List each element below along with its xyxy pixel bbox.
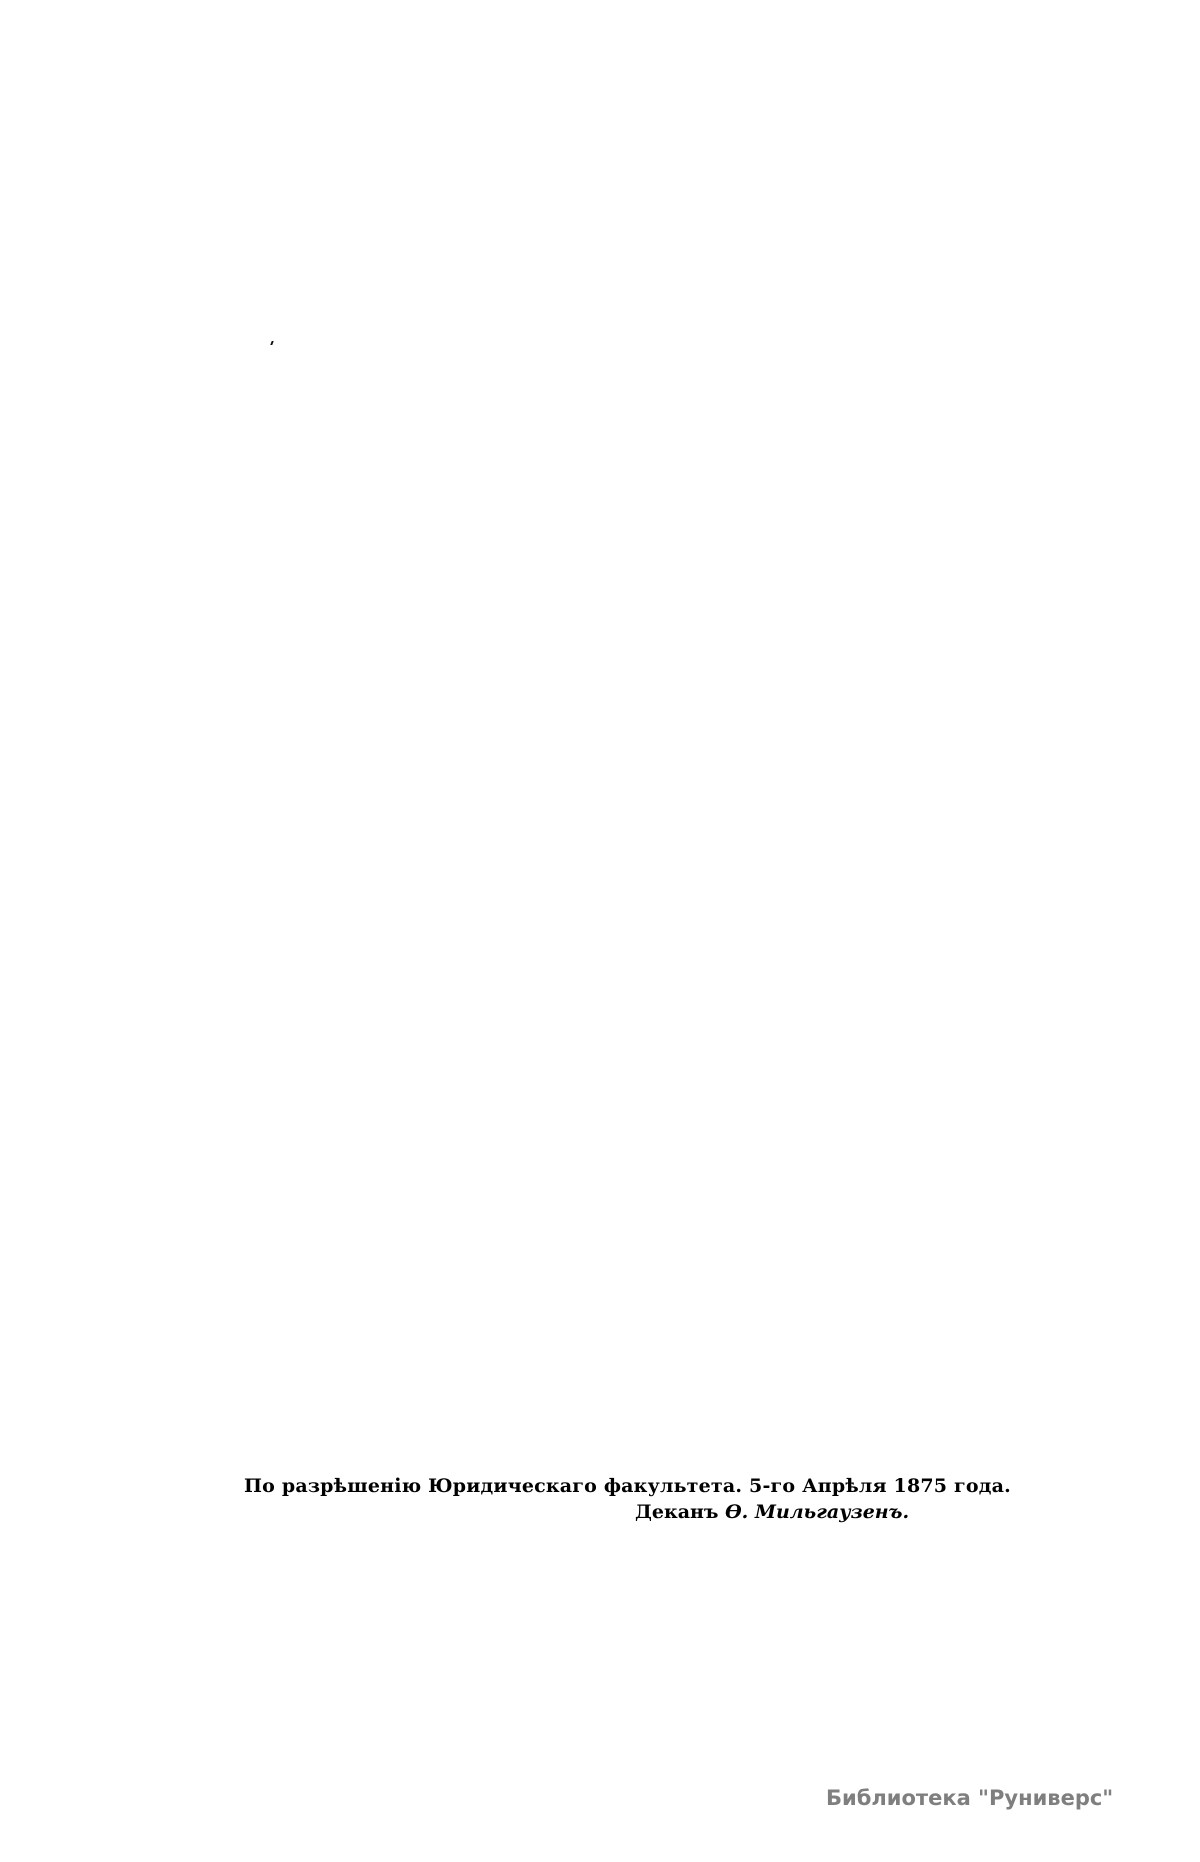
library-watermark: Библиотека "Руниверс": [826, 1786, 1113, 1810]
imprimatur-dean-line: Деканъ Ѳ. Мильгаузенъ.: [244, 1500, 984, 1524]
dean-name: Мильгаузенъ.: [755, 1501, 909, 1523]
imprimatur-permission-line: По разрѣшенію Юридическаго факультета. 5…: [244, 1474, 984, 1498]
document-page: По разрѣшенію Юридическаго факультета. 5…: [0, 0, 1200, 1862]
print-speck: [270, 341, 273, 345]
imprimatur-block: По разрѣшенію Юридическаго факультета. 5…: [244, 1474, 984, 1524]
dean-title: Деканъ: [635, 1501, 719, 1523]
dean-initial: Ѳ.: [725, 1501, 748, 1523]
